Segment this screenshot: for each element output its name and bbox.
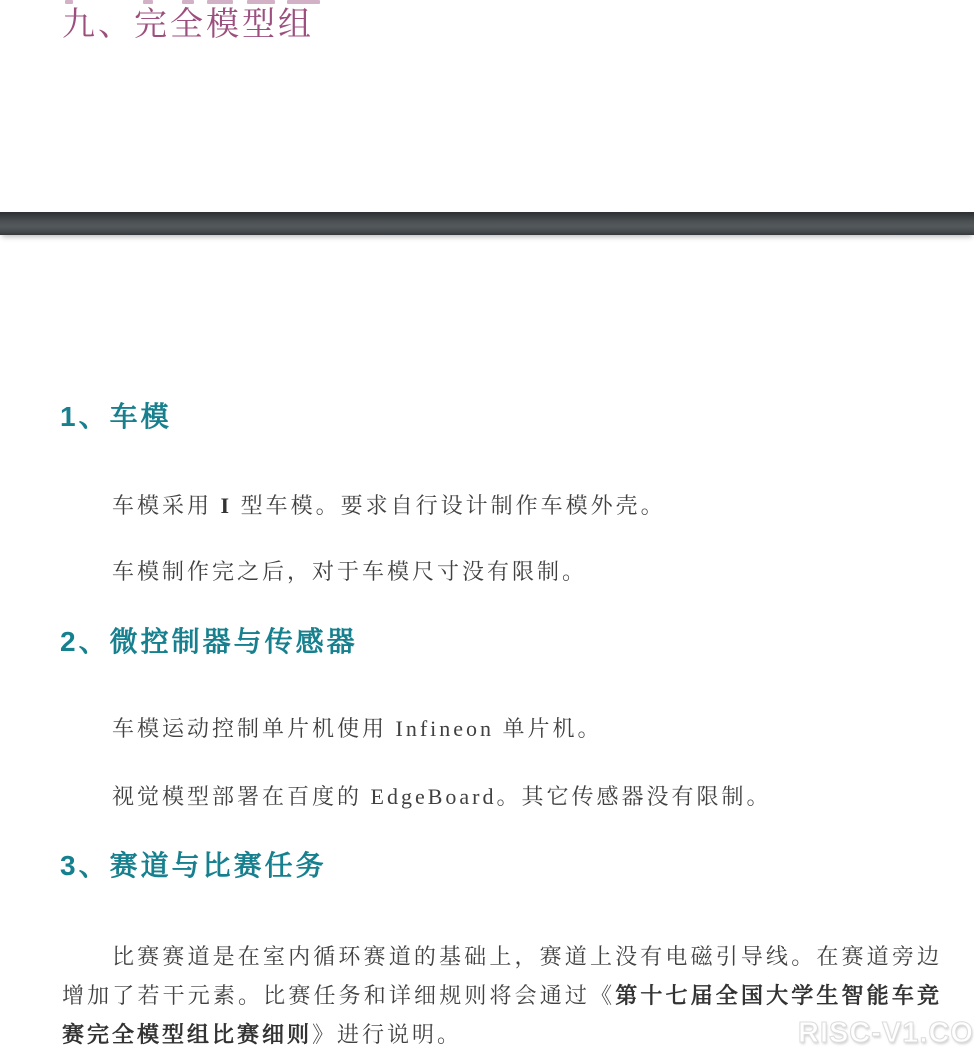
page-title: 九、完全模型组 <box>62 6 314 46</box>
cropped-text-fragment <box>207 0 233 4</box>
paragraph-car-model-type: 车模采用 I 型车模。要求自行设计制作车模外壳。 <box>62 486 942 525</box>
cropped-text-fragment <box>287 0 320 4</box>
document-page: 九、完全模型组 1、车模 车模采用 I 型车模。要求自行设计制作车模外壳。 车模… <box>0 0 974 1060</box>
section-heading-1: 1、车模 <box>60 400 172 434</box>
paragraph-mcu: 车模运动控制单片机使用 Infineon 单片机。 <box>62 709 942 748</box>
paragraph-vision-sensor: 视觉模型部署在百度的 EdgeBoard。其它传感器没有限制。 <box>62 777 942 816</box>
paragraph-car-model-size: 车模制作完之后，对于车模尺寸没有限制。 <box>62 552 942 591</box>
cropped-text-fragment <box>247 0 275 4</box>
section-heading-3: 3、赛道与比赛任务 <box>60 849 327 883</box>
watermark: RISC-V1.COM <box>798 1016 974 1051</box>
section-heading-2: 2、微控制器与传感器 <box>60 625 358 659</box>
cropped-text-fragment <box>182 0 194 4</box>
cropped-text-fragment <box>65 0 73 4</box>
page-break-bar <box>0 212 974 235</box>
cropped-text-fragment <box>143 0 153 4</box>
